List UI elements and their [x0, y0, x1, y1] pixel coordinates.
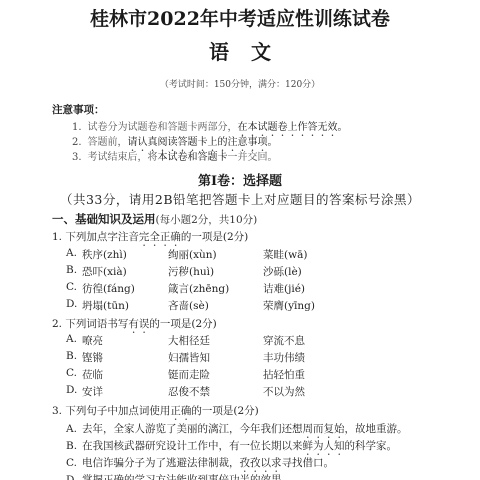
section-subtitle: （共33分，请用2B铅笔把答题卡上对应题目的答案标号涂黑） — [0, 190, 480, 208]
option-cell: 嘹亮 — [82, 333, 103, 348]
option-letter: C. — [66, 281, 82, 293]
option-cell: 丰功伟绩 — [263, 350, 305, 365]
part-heading: 一、基础知识及运用(每小题2分，共10分) — [52, 211, 257, 227]
option-cell: 坍塌(tūn) — [82, 298, 129, 313]
option-text-dotted: 鲜为人知 — [303, 440, 345, 452]
question-1-option-d: D. 坍塌(tūn) 吝啬(sè) 荣膺(yīng) — [66, 298, 466, 310]
stem-pre: 下列句子中加点词使用 — [65, 405, 170, 417]
question-2-option-c: C. 莅临 铤而走险 拈轻怕重 — [66, 367, 466, 379]
option-text-pre: 掌握正确的学习方法能收到事倍功半的效果 — [82, 474, 282, 480]
option-text-pre: 在我国核武器研究设计工作中，有一位长期以来 — [82, 440, 303, 452]
option-cell: 吝啬(sè) — [168, 298, 209, 313]
question-1-stem: 1. 下列加点字注音完全正确的一项是(2分) — [52, 229, 248, 249]
exam-title: 桂林市2022年中考适应性训练试卷 — [0, 4, 480, 31]
note-tail: 一并交回。 — [228, 152, 278, 163]
option-letter: D. — [66, 474, 82, 480]
option-cell: 彷徨(fáng) — [82, 281, 135, 296]
option-letter: B. — [66, 350, 82, 362]
option-cell: 诘难(jié) — [263, 281, 305, 296]
option-letter: A. — [66, 247, 82, 259]
note-number: 2. — [72, 137, 82, 148]
question-2-option-b: B. 铿锵 妇孺皆知 丰功伟绩 — [66, 350, 466, 362]
option-cell: 荣膺(yīng) — [263, 298, 315, 313]
option-text-dotted: 周而复始 — [303, 423, 345, 435]
question-2-option-d: D. 安详 忍俊不禁 不以为然 — [66, 384, 466, 396]
subject-title: 语文 — [0, 36, 480, 65]
exam-info: （考试时间：150分钟，满分：120分） — [0, 77, 480, 90]
stem-dotted: 有误 — [128, 318, 149, 330]
question-number: 1. — [52, 231, 62, 243]
option-cell: 铿锵 — [82, 350, 103, 365]
note-item: 3.考试结束后，将本试卷和答题卡一并交回。 — [72, 148, 278, 163]
stem-post: 的一项是(2分) — [149, 318, 216, 330]
option-cell: 沙砾(lè) — [263, 264, 302, 279]
option-cell: 绚丽(xùn) — [168, 247, 217, 262]
option-letter: D. — [66, 384, 82, 396]
question-number: 2. — [52, 318, 62, 330]
question-3-option-d: D.掌握正确的学习方法能收到事倍功半的效果 — [66, 472, 282, 480]
question-1-option-c: C. 彷徨(fáng) 箴言(zhēng) 诘难(jié) — [66, 281, 466, 293]
option-cell: 莅临 — [82, 367, 103, 382]
option-cell: 箴言(zhēng) — [168, 281, 229, 296]
option-letter: A. — [66, 423, 82, 435]
part-heading-text: 一、基础知识及运用 — [52, 212, 156, 226]
option-cell: 恐吓(xià) — [82, 264, 127, 279]
option-cell: 忍俊不禁 — [168, 384, 210, 399]
note-text: 试卷分为试题卷和答题卡两部分， — [88, 122, 238, 133]
option-letter: D. — [66, 298, 82, 310]
stem-pre: 下列加点字注音 — [65, 231, 139, 243]
option-cell: 拈轻怕重 — [263, 367, 305, 382]
stem-post: 的一项是(2分) — [181, 231, 248, 243]
option-cell: 大相径廷 — [168, 333, 210, 348]
question-number: 3. — [52, 405, 62, 417]
option-text-pre: 电信诈骗分子为了逃避法律制裁， — [82, 457, 240, 469]
note-emphasis: 请认真阅读答题卡上的注意事项。 — [128, 137, 278, 148]
option-text-post: 的科学家。 — [345, 440, 398, 452]
exam-page: 桂林市2022年中考适应性训练试卷 语文 （考试时间：150分钟，满分：120分… — [0, 0, 480, 480]
note-number: 3. — [72, 152, 82, 163]
option-text-post: ，故地重游。 — [345, 423, 408, 435]
option-cell: 不以为然 — [263, 384, 305, 399]
option-letter: B. — [66, 264, 82, 276]
part-heading-sub: (每小题2分，共10分) — [156, 214, 258, 226]
option-cell: 安详 — [82, 384, 103, 399]
question-1-option-b: B. 恐吓(xià) 污秽(huì) 沙砾(lè) — [66, 264, 466, 276]
option-letter: A. — [66, 333, 82, 345]
notes-heading: 注意事项： — [52, 102, 105, 117]
option-text-post: 寻找借口。 — [282, 457, 335, 469]
option-cell: 秩序(zhì) — [82, 247, 127, 262]
stem-dotted: 正确 — [170, 405, 191, 417]
note-number: 1. — [72, 122, 82, 133]
option-text-pre: 去年，全家人游览了美丽的漓江，今年我们还想 — [82, 423, 303, 435]
question-2-option-a: A. 嘹亮 大相径廷 穿流不息 — [66, 333, 466, 345]
option-letter: C. — [66, 457, 82, 469]
option-letter: C. — [66, 367, 82, 379]
option-text-dotted: 孜孜以求 — [240, 457, 282, 469]
option-cell: 穿流不息 — [263, 333, 305, 348]
note-emphasis: 在本试题卷上作答无效。 — [238, 122, 348, 133]
note-emphasis: 本试卷和答题卡 — [158, 152, 228, 163]
stem-pre: 下列词语书写 — [65, 318, 128, 330]
question-1-option-a: A. 秩序(zhì) 绚丽(xùn) 菜畦(wā) — [66, 247, 466, 259]
option-letter: B. — [66, 440, 82, 452]
stem-dotted: 完全正确 — [139, 231, 181, 243]
note-text: 考试结束后，将 — [88, 152, 158, 163]
stem-post: 的一项是(2分) — [191, 405, 258, 417]
option-cell: 铤而走险 — [168, 367, 210, 382]
option-cell: 菜畦(wā) — [263, 247, 307, 262]
question-3-stem: 3. 下列句子中加点词使用正确的一项是(2分) — [52, 403, 259, 423]
option-cell: 污秽(huì) — [168, 264, 214, 279]
section-title: 第Ⅰ卷：选择题 — [0, 170, 480, 189]
note-text: 答题前， — [88, 137, 128, 148]
option-cell: 妇孺皆知 — [168, 350, 210, 365]
